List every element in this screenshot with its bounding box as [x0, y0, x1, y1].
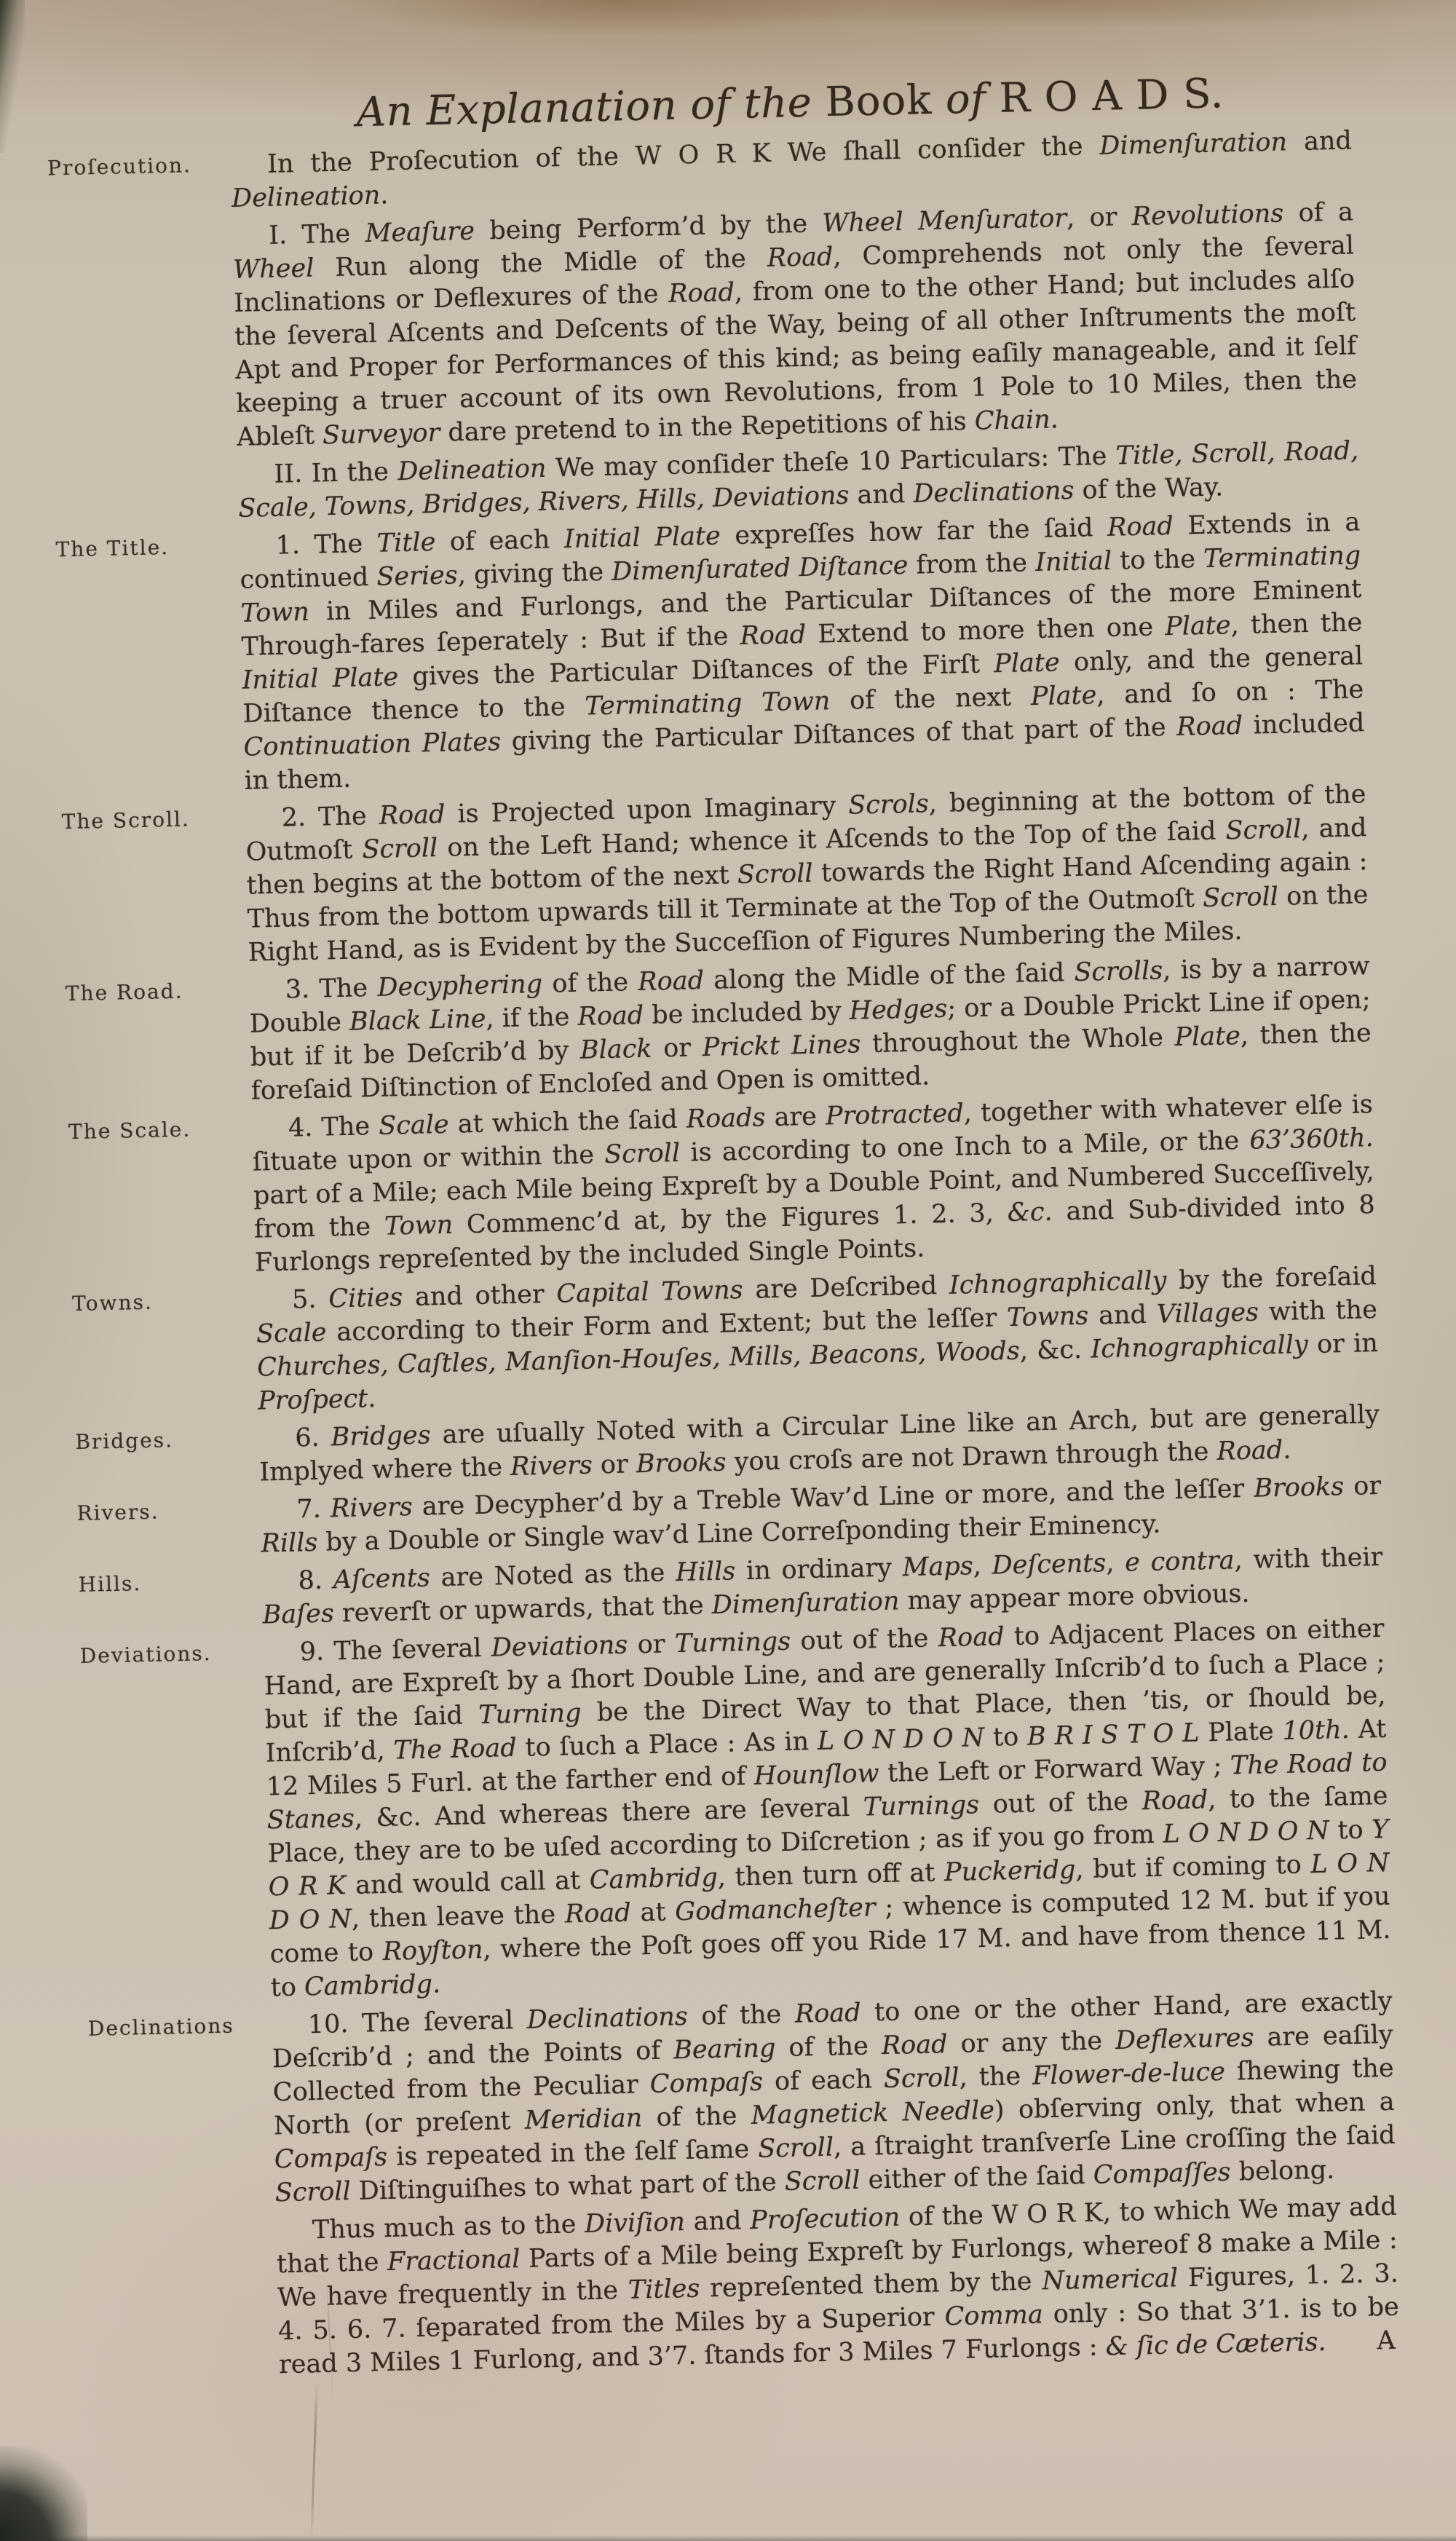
roman-text: belong.	[1230, 2156, 1334, 2187]
roman-text: 4. The	[288, 1112, 379, 1143]
italic-text: Road	[668, 278, 735, 309]
roman-text: 5.	[292, 1284, 329, 1314]
roman-text: may appear more obvious.	[899, 1579, 1250, 1616]
italic-text: Proſpect	[258, 1384, 368, 1415]
italic-text: Fractional	[387, 2245, 521, 2277]
roman-text: or	[652, 1033, 703, 1064]
roman-text: to	[1329, 1815, 1372, 1845]
paragraph: The Scroll.2. The Road is Projected upon…	[245, 778, 1369, 970]
italic-text: Series	[376, 561, 458, 591]
italic-text: of	[945, 75, 1000, 124]
paragraph: Declinations10. The ſeveral Declinations…	[271, 1985, 1396, 2210]
italic-text: Continuation Plates	[243, 727, 501, 762]
italic-text: Scale	[256, 1318, 327, 1348]
italic-text: Road	[577, 1001, 644, 1032]
italic-text: Bearing	[673, 2034, 776, 2065]
roman-text: be included by	[644, 997, 850, 1030]
roman-text: out of the	[979, 1787, 1142, 1819]
roman-text: Commenc’d at, by the Figures 1. 2. 3,	[453, 1198, 1008, 1240]
italic-text: Road	[379, 800, 446, 831]
italic-text: Scale	[379, 1110, 449, 1141]
roman-text: , but if coming to	[1075, 1850, 1311, 1884]
italic-text: Meridian	[524, 2103, 642, 2135]
margin-note: The Scale.	[68, 1116, 242, 1145]
italic-text: & ſic de Cæteris.	[1105, 2328, 1326, 2362]
italic-text: Road	[564, 1899, 631, 1929]
roman-text: by the foreſaid	[1166, 1262, 1377, 1295]
italic-text: Puckeridg	[944, 1855, 1076, 1887]
catchword: A	[1340, 2324, 1396, 2359]
roman-text: , then the	[1230, 608, 1363, 640]
italic-text: Initial	[1035, 547, 1112, 577]
roman-text: with the	[1259, 1295, 1378, 1327]
roman-text: or	[1344, 1471, 1382, 1501]
italic-text: Meaſure	[365, 217, 475, 248]
paragraph: The Road.3. The Decyphering of the Road …	[248, 949, 1372, 1108]
roman-text: .	[1283, 1436, 1291, 1465]
roman-text: of the Way.	[1074, 473, 1224, 505]
italic-text: Road	[1216, 1436, 1283, 1466]
roman-text: 9. The ſeveral	[299, 1634, 491, 1667]
roman-text: and	[849, 480, 914, 510]
italic-text: Black	[580, 1035, 652, 1065]
italic-text: &c.	[1007, 1198, 1053, 1228]
roman-text: Diſtinguiſhes to what part of the	[350, 2167, 785, 2206]
italic-text: Surveyor	[323, 419, 440, 451]
roman-text: Book	[825, 76, 946, 127]
italic-text: Turnings	[863, 1790, 979, 1822]
italic-text: Maps	[902, 1552, 973, 1582]
roman-text: ) obſerving only, that when a	[994, 2087, 1395, 2125]
italic-text: L O N D O N	[817, 1723, 984, 1756]
roman-text: , the	[959, 2062, 1032, 2093]
margin-note: The Title.	[55, 534, 229, 562]
italic-text: Road	[1176, 711, 1243, 742]
roman-text: 2. The	[281, 802, 379, 833]
italic-text: Bridges	[331, 1420, 431, 1452]
italic-text: Dimenſurated Diſtance	[612, 551, 909, 587]
italic-text: 63’360th.	[1249, 1123, 1374, 1155]
roman-text: 1. The	[275, 529, 377, 561]
italic-text: Scroll	[1203, 882, 1279, 913]
italic-text: Baſes	[262, 1599, 334, 1629]
margin-note: Deviations.	[79, 1640, 253, 1669]
italic-text: Scroll	[274, 2177, 351, 2208]
italic-text: Town	[384, 1211, 454, 1241]
italic-text: Ichnographically	[1091, 1330, 1308, 1364]
italic-text: Delineation	[397, 454, 547, 486]
roman-text: , with their	[1234, 1543, 1383, 1575]
paper-crack	[310, 2381, 318, 2541]
roman-text: of each	[435, 525, 564, 557]
roman-text: at which the ſaid	[448, 1105, 687, 1139]
italic-text: Diviſion	[585, 2208, 686, 2239]
margin-note: Rivers.	[76, 1498, 250, 1526]
italic-text: Turnings	[674, 1627, 791, 1659]
italic-text: Capital Towns	[556, 1276, 743, 1309]
roman-text: to ſuch a Place : As in	[516, 1727, 818, 1763]
roman-text: , &c. And whereas there are ſeveral	[354, 1793, 863, 1833]
roman-text: are Deſcribed	[743, 1271, 949, 1305]
roman-text: the Left or Forward Way ;	[879, 1752, 1230, 1789]
roman-text: Thus much as to the	[312, 2210, 585, 2245]
italic-text: Deviations	[491, 1631, 628, 1663]
italic-text: Wheel Menſurator	[822, 204, 1067, 238]
roman-text: of the	[642, 2101, 751, 2133]
roman-text: of the	[687, 2000, 795, 2031]
roman-text: , if the	[486, 1003, 578, 1034]
roman-text: and would call at	[346, 1866, 590, 1900]
italic-text: Numerical	[1042, 2264, 1178, 2296]
roman-text: is repeated in the ſelf ſame	[387, 2135, 759, 2172]
italic-text: Hedges	[849, 995, 948, 1026]
italic-text: Compaſs	[649, 2068, 763, 2099]
italic-text: Scroll	[737, 859, 813, 890]
italic-text: Rivers	[510, 1451, 593, 1482]
italic-text: Compaſſes	[1093, 2158, 1231, 2190]
italic-text: Deſcents	[992, 1549, 1106, 1580]
italic-text: Brooks	[636, 1448, 727, 1479]
italic-text: Decyphering	[377, 970, 543, 1003]
roman-text: throughout the Whole	[860, 1023, 1175, 1059]
roman-text: .	[1050, 405, 1059, 434]
paragraph: Deviations.9. The ſeveral Deviations or …	[263, 1612, 1392, 2004]
italic-text: Scroll	[758, 2133, 834, 2164]
italic-text: Road	[938, 1622, 1005, 1653]
roman-text: and	[685, 2206, 751, 2237]
italic-text: Plate	[1174, 1021, 1241, 1052]
roman-text: dare pretend to in the Repetitions of hi…	[440, 407, 975, 448]
italic-text: 10th.	[1282, 1715, 1350, 1746]
margin-note: The Scroll.	[61, 806, 235, 834]
roman-text: from the	[908, 548, 1036, 580]
italic-text: L O N D O N	[1163, 1817, 1329, 1849]
italic-text: Terminating Town	[585, 687, 831, 721]
italic-text: Rivers	[331, 1493, 414, 1523]
roman-text: 8.	[298, 1565, 333, 1595]
italic-text: Royſton	[382, 1935, 483, 1967]
roman-text: or in	[1307, 1329, 1378, 1359]
roman-text: , then turn off at	[717, 1858, 944, 1892]
italic-text: Scroll	[362, 834, 438, 864]
italic-text: Hounſlow	[753, 1759, 879, 1791]
margin-note: Bridges.	[75, 1426, 249, 1455]
roman-text: are Noted as the	[430, 1558, 676, 1592]
italic-text: Turning	[478, 1699, 582, 1730]
italic-text: Initial Plate	[242, 663, 398, 695]
italic-text: Road	[638, 966, 705, 997]
page-bottom-edge-shadow	[0, 2535, 1456, 2541]
italic-text: Villages	[1156, 1298, 1259, 1329]
italic-text: Declinations	[526, 2002, 688, 2035]
italic-text: Revolutions	[1131, 199, 1283, 232]
margin-note: Towns.	[72, 1288, 246, 1316]
italic-text: Prickt Lines	[702, 1030, 861, 1062]
roman-text: of the next	[830, 682, 1031, 716]
roman-text: ,	[973, 1552, 992, 1581]
italic-text: Deflexures	[1115, 2023, 1254, 2055]
margin-note: Declinations	[88, 2013, 262, 2042]
italic-text: Dimenſuration	[1099, 127, 1287, 161]
roman-text: In the Proſecution of the W O R K We ſha…	[267, 132, 1100, 179]
italic-text: Plate	[994, 648, 1060, 679]
roman-text: and other	[403, 1280, 557, 1313]
roman-text: , then leave the	[351, 1900, 565, 1934]
italic-text: Rills	[261, 1528, 318, 1559]
paragraph: The Scale.4. The Scale at which the ſaid…	[252, 1088, 1377, 1280]
italic-text: Road	[1107, 512, 1174, 542]
roman-text: Extend to more then one	[806, 612, 1166, 649]
text-block: An Explanation of the Book of R O A D S.…	[229, 68, 1400, 2386]
italic-text: Chain	[974, 406, 1051, 436]
italic-text: Flower-de-luce	[1032, 2058, 1226, 2091]
paragraph: The Title.1. The Title of each Initial P…	[239, 505, 1366, 798]
italic-text: Hills	[676, 1557, 736, 1587]
italic-text: Plate	[1165, 611, 1231, 641]
italic-text: Road	[881, 2030, 948, 2060]
roman-text: to	[984, 1723, 1028, 1752]
paragraph: Towns.5. Cities and other Capital Towns …	[256, 1260, 1380, 1418]
margin-note: Hills.	[78, 1569, 252, 1597]
italic-text: Plate	[1030, 681, 1096, 711]
italic-text: Scroll	[883, 2063, 960, 2094]
roman-text: at	[630, 1897, 676, 1927]
italic-text: Proſecution	[750, 2203, 901, 2235]
roman-text: expreſſes how far the ſaid	[720, 513, 1107, 551]
roman-text: 10. The ſeveral	[307, 2006, 527, 2040]
paragraph: I. The Meaſure being Perform’d by the Wh…	[232, 195, 1358, 454]
roman-text: either of the ſaid	[860, 2161, 1093, 2195]
roman-text: of the	[775, 2031, 882, 2063]
roman-text: and	[1088, 1300, 1157, 1331]
page-corner-shadow-bottom-left	[0, 2446, 87, 2541]
roman-text: , &c.	[1019, 1335, 1091, 1366]
italic-text: Road	[740, 620, 807, 651]
italic-text: Dimenſuration	[711, 1586, 899, 1620]
roman-text: Run along the Midle of the	[314, 244, 767, 283]
italic-text: Declinations	[913, 476, 1075, 509]
italic-text: Road	[767, 242, 834, 273]
roman-text: or	[592, 1450, 636, 1479]
italic-text: Brooks	[1254, 1472, 1345, 1503]
roman-text: , giving the	[457, 558, 612, 590]
italic-text: The Road	[393, 1734, 517, 1766]
italic-text: Aſcents	[333, 1563, 430, 1594]
italic-text: Scrolls	[1074, 956, 1163, 987]
italic-text: e contra	[1125, 1546, 1235, 1577]
roman-text: is Projected upon Imaginary	[445, 791, 849, 829]
italic-text: Comma	[944, 2300, 1043, 2331]
italic-text: Scroll	[784, 2166, 860, 2197]
italic-text: An Explanation of the	[356, 79, 826, 136]
margin-note: The Road.	[66, 978, 240, 1006]
page-corner-shadow-top-left	[0, 0, 25, 153]
italic-text: Compaſs	[274, 2143, 387, 2174]
roman-text: Plate	[1199, 1717, 1283, 1747]
italic-text: Scrols	[848, 789, 929, 820]
roman-text: , and ſo on : The	[1096, 675, 1364, 710]
roman-text: to the	[1112, 545, 1204, 576]
italic-text: Cambridg	[304, 1970, 433, 2002]
roman-text: , or	[1067, 202, 1133, 233]
roman-text: repreſented them by the	[700, 2267, 1042, 2303]
italic-text: Cambridg	[589, 1863, 718, 1895]
paragraph: Thus much as to the Diviſion and Proſecu…	[276, 2190, 1401, 2382]
italic-text: Roads	[686, 1103, 766, 1134]
italic-text: Scroll	[1225, 815, 1302, 845]
italic-text: B R I S T O L	[1027, 1718, 1200, 1751]
roman-text: reverſt or upwards, that the	[333, 1591, 712, 1628]
roman-text: being Perform’d by the	[475, 209, 823, 245]
italic-text: Scroll	[604, 1139, 681, 1169]
roman-text: in ordinary	[735, 1553, 903, 1586]
italic-text: Black Line	[349, 1005, 486, 1037]
roman-text: of the	[542, 968, 638, 999]
roman-text: are	[765, 1102, 826, 1132]
roman-text: of a	[1283, 197, 1354, 228]
roman-text: .	[380, 181, 389, 210]
roman-text: I. The	[269, 219, 365, 250]
roman-text: or	[628, 1629, 676, 1659]
roman-text: 3. The	[285, 973, 377, 1005]
roman-text: 7.	[296, 1494, 331, 1524]
margin-note: Proſecution.	[47, 152, 221, 181]
roman-text: .	[368, 1384, 376, 1413]
roman-text: out of the	[791, 1624, 939, 1656]
roman-text: and	[1287, 126, 1353, 157]
italic-text: Road	[794, 1999, 861, 2029]
roman-text: II. In the	[274, 457, 398, 489]
italic-text: Title	[376, 528, 435, 558]
roman-text: 6.	[295, 1423, 331, 1453]
roman-text: along the Midle of the ſaid	[704, 958, 1075, 995]
roman-text: of each	[763, 2065, 885, 2097]
roman-text: ,	[1106, 1549, 1125, 1578]
italic-text: Magnetick Needle	[751, 2096, 994, 2130]
italic-text: Titles	[628, 2275, 700, 2305]
italic-text: Godmancheſter	[675, 1893, 876, 1927]
roman-text: R O A D S.	[999, 70, 1224, 122]
italic-text: Delineation	[232, 181, 381, 213]
italic-text: Ichnographically	[949, 1266, 1166, 1300]
roman-text: .	[432, 1969, 441, 1999]
roman-text: you croſs are not Drawn through the	[726, 1437, 1217, 1477]
italic-text: Wheel	[233, 254, 314, 285]
paragraphs-container: Proſecution.In the Proſecution of the W …	[231, 124, 1401, 2382]
italic-text: Cities	[328, 1283, 403, 1313]
roman-text: or any the	[947, 2026, 1115, 2059]
italic-text: Protracted	[826, 1099, 965, 1131]
italic-text: Towns	[1007, 1302, 1089, 1332]
italic-text: Road	[1142, 1785, 1208, 1816]
italic-text: Initial Plate	[563, 521, 721, 554]
